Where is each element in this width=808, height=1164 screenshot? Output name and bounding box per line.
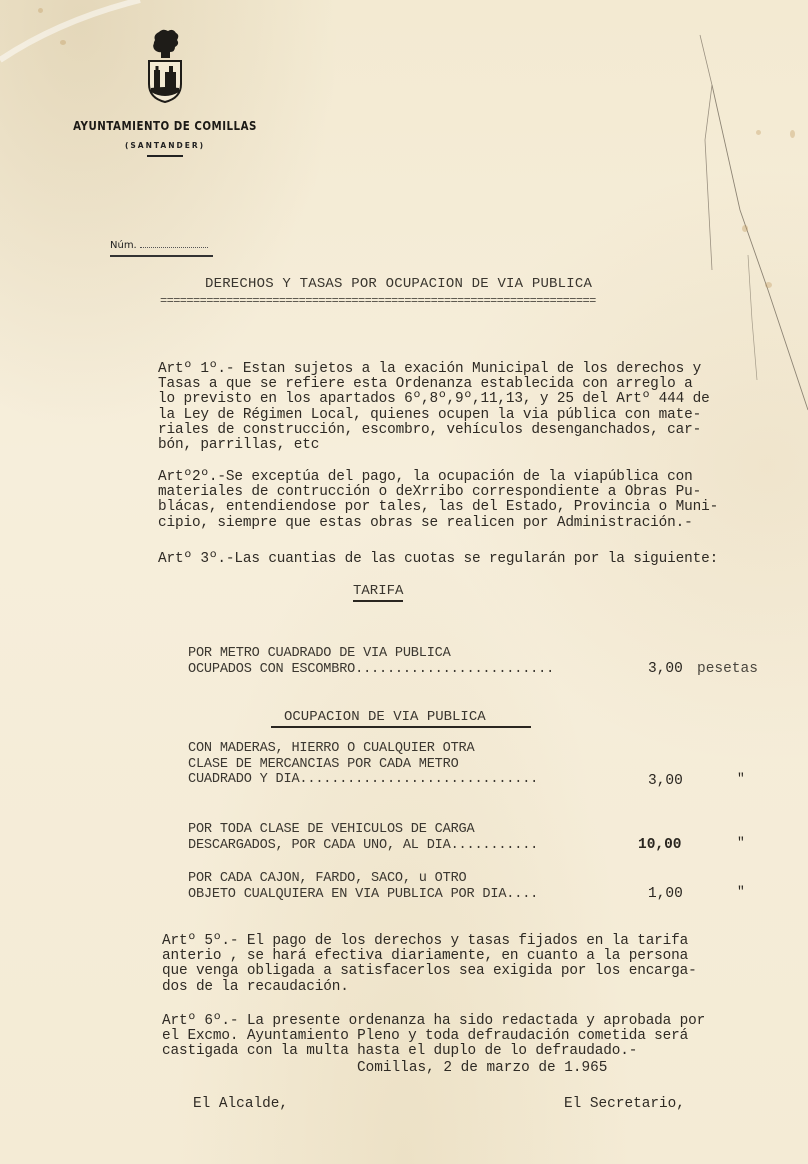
organization-name: AYUNTAMIENTO DE COMILLAS [63,118,268,133]
letterhead: AYUNTAMIENTO DE COMILLAS (SANTANDER) [40,28,290,157]
ditto-mark: " [737,835,745,850]
tarifa-heading-underline [353,600,403,602]
article-3: Artº 3º.-Las cuantias de las cuotas se r… [158,552,808,567]
reference-number-field: Núm. [110,240,208,251]
article-5: Artº 5º.- El pago de los derechos y tasa… [162,934,808,995]
stain [790,130,795,138]
article-1: Artº 1º.- Estan sujetos a la exación Mun… [158,362,808,453]
coat-of-arms-icon [145,28,185,104]
tarifa-amount-cajon: 1,00 [648,886,683,902]
tarifa-item-maderas: CON MADERAS, HIERRO O CUALQUIER OTRA CLA… [188,741,788,788]
tarifa-amount-maderas: 3,00 [648,773,683,789]
tarifa-amount-vehiculos: 10,00 [638,837,682,853]
reference-number-label: Núm. [110,240,137,251]
organization-province: (SANTANDER) [40,141,290,150]
article-6: Artº 6º.- La presente ordenanza ha sido … [162,1014,808,1060]
article-2: Artº2º.-Se exceptúa del pago, la ocupaci… [158,470,808,531]
reference-number-blank [140,247,208,248]
ditto-mark: " [737,771,745,786]
stain [742,225,748,232]
tarifa-amount-escombro: 3,00 [648,661,683,677]
title-double-rule: ========================================… [160,294,693,308]
stain [765,282,772,288]
ocupacion-subheading: OCUPACION DE VIA PUBLICA [284,709,531,728]
reference-underline [110,255,213,257]
letterhead-rule [147,155,183,157]
tarifa-item-vehiculos: POR TODA CLASE DE VEHICULOS DE CARGA DES… [188,822,788,853]
tarifa-item-cajon: POR CADA CAJON, FARDO, SACO, u OTRO OBJE… [188,871,788,902]
tarifa-heading: TARIFA [353,583,403,602]
tarifa-heading-text: TARIFA [353,583,403,599]
tarifa-unit-pesetas: pesetas [697,661,758,677]
ocupacion-subheading-underline [271,726,531,728]
place-and-date: Comillas, 2 de marzo de 1.965 [357,1060,607,1076]
signatory-mayor: El Alcalde, [193,1096,288,1112]
stain [756,130,761,135]
signatory-secretary: El Secretario, [564,1096,685,1112]
stain [38,8,43,13]
document-title: DERECHOS Y TASAS POR OCUPACION DE VIA PU… [205,276,592,292]
ditto-mark: " [737,884,745,899]
ocupacion-subheading-text: OCUPACION DE VIA PUBLICA [284,709,486,725]
